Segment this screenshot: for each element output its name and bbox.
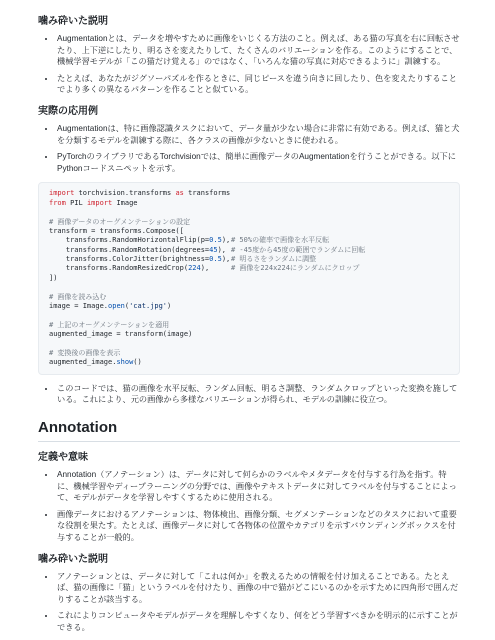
code-token: Image [112, 199, 137, 207]
code-token: transforms.RandomResizedCrop( [49, 264, 188, 272]
code-inline-comment: # 画像を224x224にランダムにクロップ [231, 264, 360, 273]
code-line: image = Image.open('cat.jpg') [49, 302, 449, 311]
code-token: # 上記のオーグメンテーションを適用 [49, 321, 169, 329]
code-token: 0.5 [209, 236, 222, 244]
list-item: これによりコンピュータやモデルがデータを理解しやすくなり、何をどう学習すべきかを… [56, 610, 460, 633]
list-item: たとえば、あなたがジグソーパズルを作るときに、同じピースを違う向きに回したり、色… [56, 73, 460, 96]
list-item: アノテーションとは、データに対して「これは何か」を教えるための情報を付け加えるこ… [56, 571, 460, 606]
code-line: augmented_image = transform(image) [49, 330, 449, 339]
code-token: augmented_image = transform(image) [49, 330, 192, 338]
code-token: import [87, 199, 112, 207]
code-token: as [175, 189, 183, 197]
bullet-list: このコードでは、猫の画像を水平反転、ランダム回転、明るさ調整、ランダムクロップと… [38, 383, 460, 406]
code-token: torchvision.transforms [74, 189, 175, 197]
code-token: # 画像を読み込む [49, 293, 106, 301]
code-token: 45 [209, 246, 217, 254]
bullet-list: アノテーションとは、データに対して「これは何か」を教えるための情報を付け加えるこ… [38, 571, 460, 634]
code-line [49, 340, 449, 349]
code-token: from [49, 199, 66, 207]
code-token: ), [201, 264, 209, 272]
page-section-title: Annotation [38, 418, 460, 442]
list-item: このコードでは、猫の画像を水平反転、ランダム回転、明るさ調整、ランダムクロップと… [56, 383, 460, 406]
list-item: Augmentationは、特に画像認識タスクにおいて、データ量が少ない場合に非… [56, 123, 460, 146]
code-token: transforms.ColorJitter(brightness= [49, 255, 209, 263]
document-content: 噛み砕いた説明Augmentationとは、データを増やすために画像をいじくる方… [38, 16, 460, 633]
list-item: Annotation（アノテーション）は、データに対して何らかのラベルやメタデー… [56, 469, 460, 504]
code-token: 'cat.jpg' [129, 302, 167, 310]
code-line [49, 283, 449, 292]
sub-heading: 実際の応用例 [38, 106, 460, 118]
bullet-list: Augmentationとは、データを増やすために画像をいじくる方法のこと。例え… [38, 33, 460, 96]
code-token: # 画像データのオーグメンテーションの設定 [49, 218, 190, 226]
code-token: ), [222, 255, 230, 263]
code-line: transform = transforms.Compose([ [49, 227, 449, 236]
code-line: # 変換後の画像を表示 [49, 349, 449, 358]
code-line: transforms.RandomHorizontalFlip(p=0.5),#… [49, 236, 449, 245]
code-block: import torchvision.transforms as transfo… [38, 182, 460, 374]
code-token: transforms.RandomHorizontalFlip(p= [49, 236, 209, 244]
bullet-list: Augmentationは、特に画像認識タスクにおいて、データ量が少ない場合に非… [38, 123, 460, 174]
code-token: PIL [66, 199, 87, 207]
code-line: # 上記のオーグメンテーションを適用 [49, 321, 449, 330]
code-line: transforms.RandomResizedCrop(224),# 画像を2… [49, 264, 449, 273]
code-line [49, 208, 449, 217]
list-item: Augmentationとは、データを増やすために画像をいじくる方法のこと。例え… [56, 33, 460, 68]
code-line: from PIL import Image [49, 199, 449, 208]
code-line: augmented_image.show() [49, 358, 449, 367]
code-token: 0.5 [209, 255, 222, 263]
markdown-document: 噛み砕いた説明Augmentationとは、データを増やすために画像をいじくる方… [0, 0, 495, 640]
code-token: ) [167, 302, 171, 310]
code-token: show [116, 358, 133, 366]
code-token: ), [218, 246, 226, 254]
list-item: 画像データにおけるアノテーションは、物体検出、画像分類、セグメンテーションなどの… [56, 509, 460, 544]
code-line: # 画像データのオーグメンテーションの設定 [49, 218, 449, 227]
code-line: # 画像を読み込む [49, 293, 449, 302]
code-line: import torchvision.transforms as transfo… [49, 189, 449, 198]
code-token: transforms [184, 189, 230, 197]
bullet-list: Annotation（アノテーション）は、データに対して何らかのラベルやメタデー… [38, 469, 460, 544]
code-token: transform = transforms.Compose([ [49, 227, 184, 235]
list-item: PyTorchのライブラリであるTorchvisionでは、簡単に画像データのA… [56, 151, 460, 174]
sub-heading: 噛み砕いた説明 [38, 554, 460, 566]
code-line: transforms.RandomRotation(degrees=45),# … [49, 246, 449, 255]
code-token: # 変換後の画像を表示 [49, 349, 120, 357]
code-token: open [108, 302, 125, 310]
code-line: ]) [49, 274, 449, 283]
sub-heading: 噛み砕いた説明 [38, 16, 460, 28]
code-inline-comment: # 50%の確率で画像を水平反転 [231, 236, 329, 245]
code-token: image = Image. [49, 302, 108, 310]
code-token: augmented_image. [49, 358, 116, 366]
code-token: () [133, 358, 141, 366]
code-token: 224 [188, 264, 201, 272]
code-token: ]) [49, 274, 57, 282]
code-token: import [49, 189, 74, 197]
sub-heading: 定義や意味 [38, 452, 460, 464]
code-token: transforms.RandomRotation(degrees= [49, 246, 209, 254]
code-line [49, 311, 449, 320]
code-inline-comment: # -45度から45度の範囲でランダムに回転 [231, 246, 365, 255]
code-token: ), [222, 236, 230, 244]
